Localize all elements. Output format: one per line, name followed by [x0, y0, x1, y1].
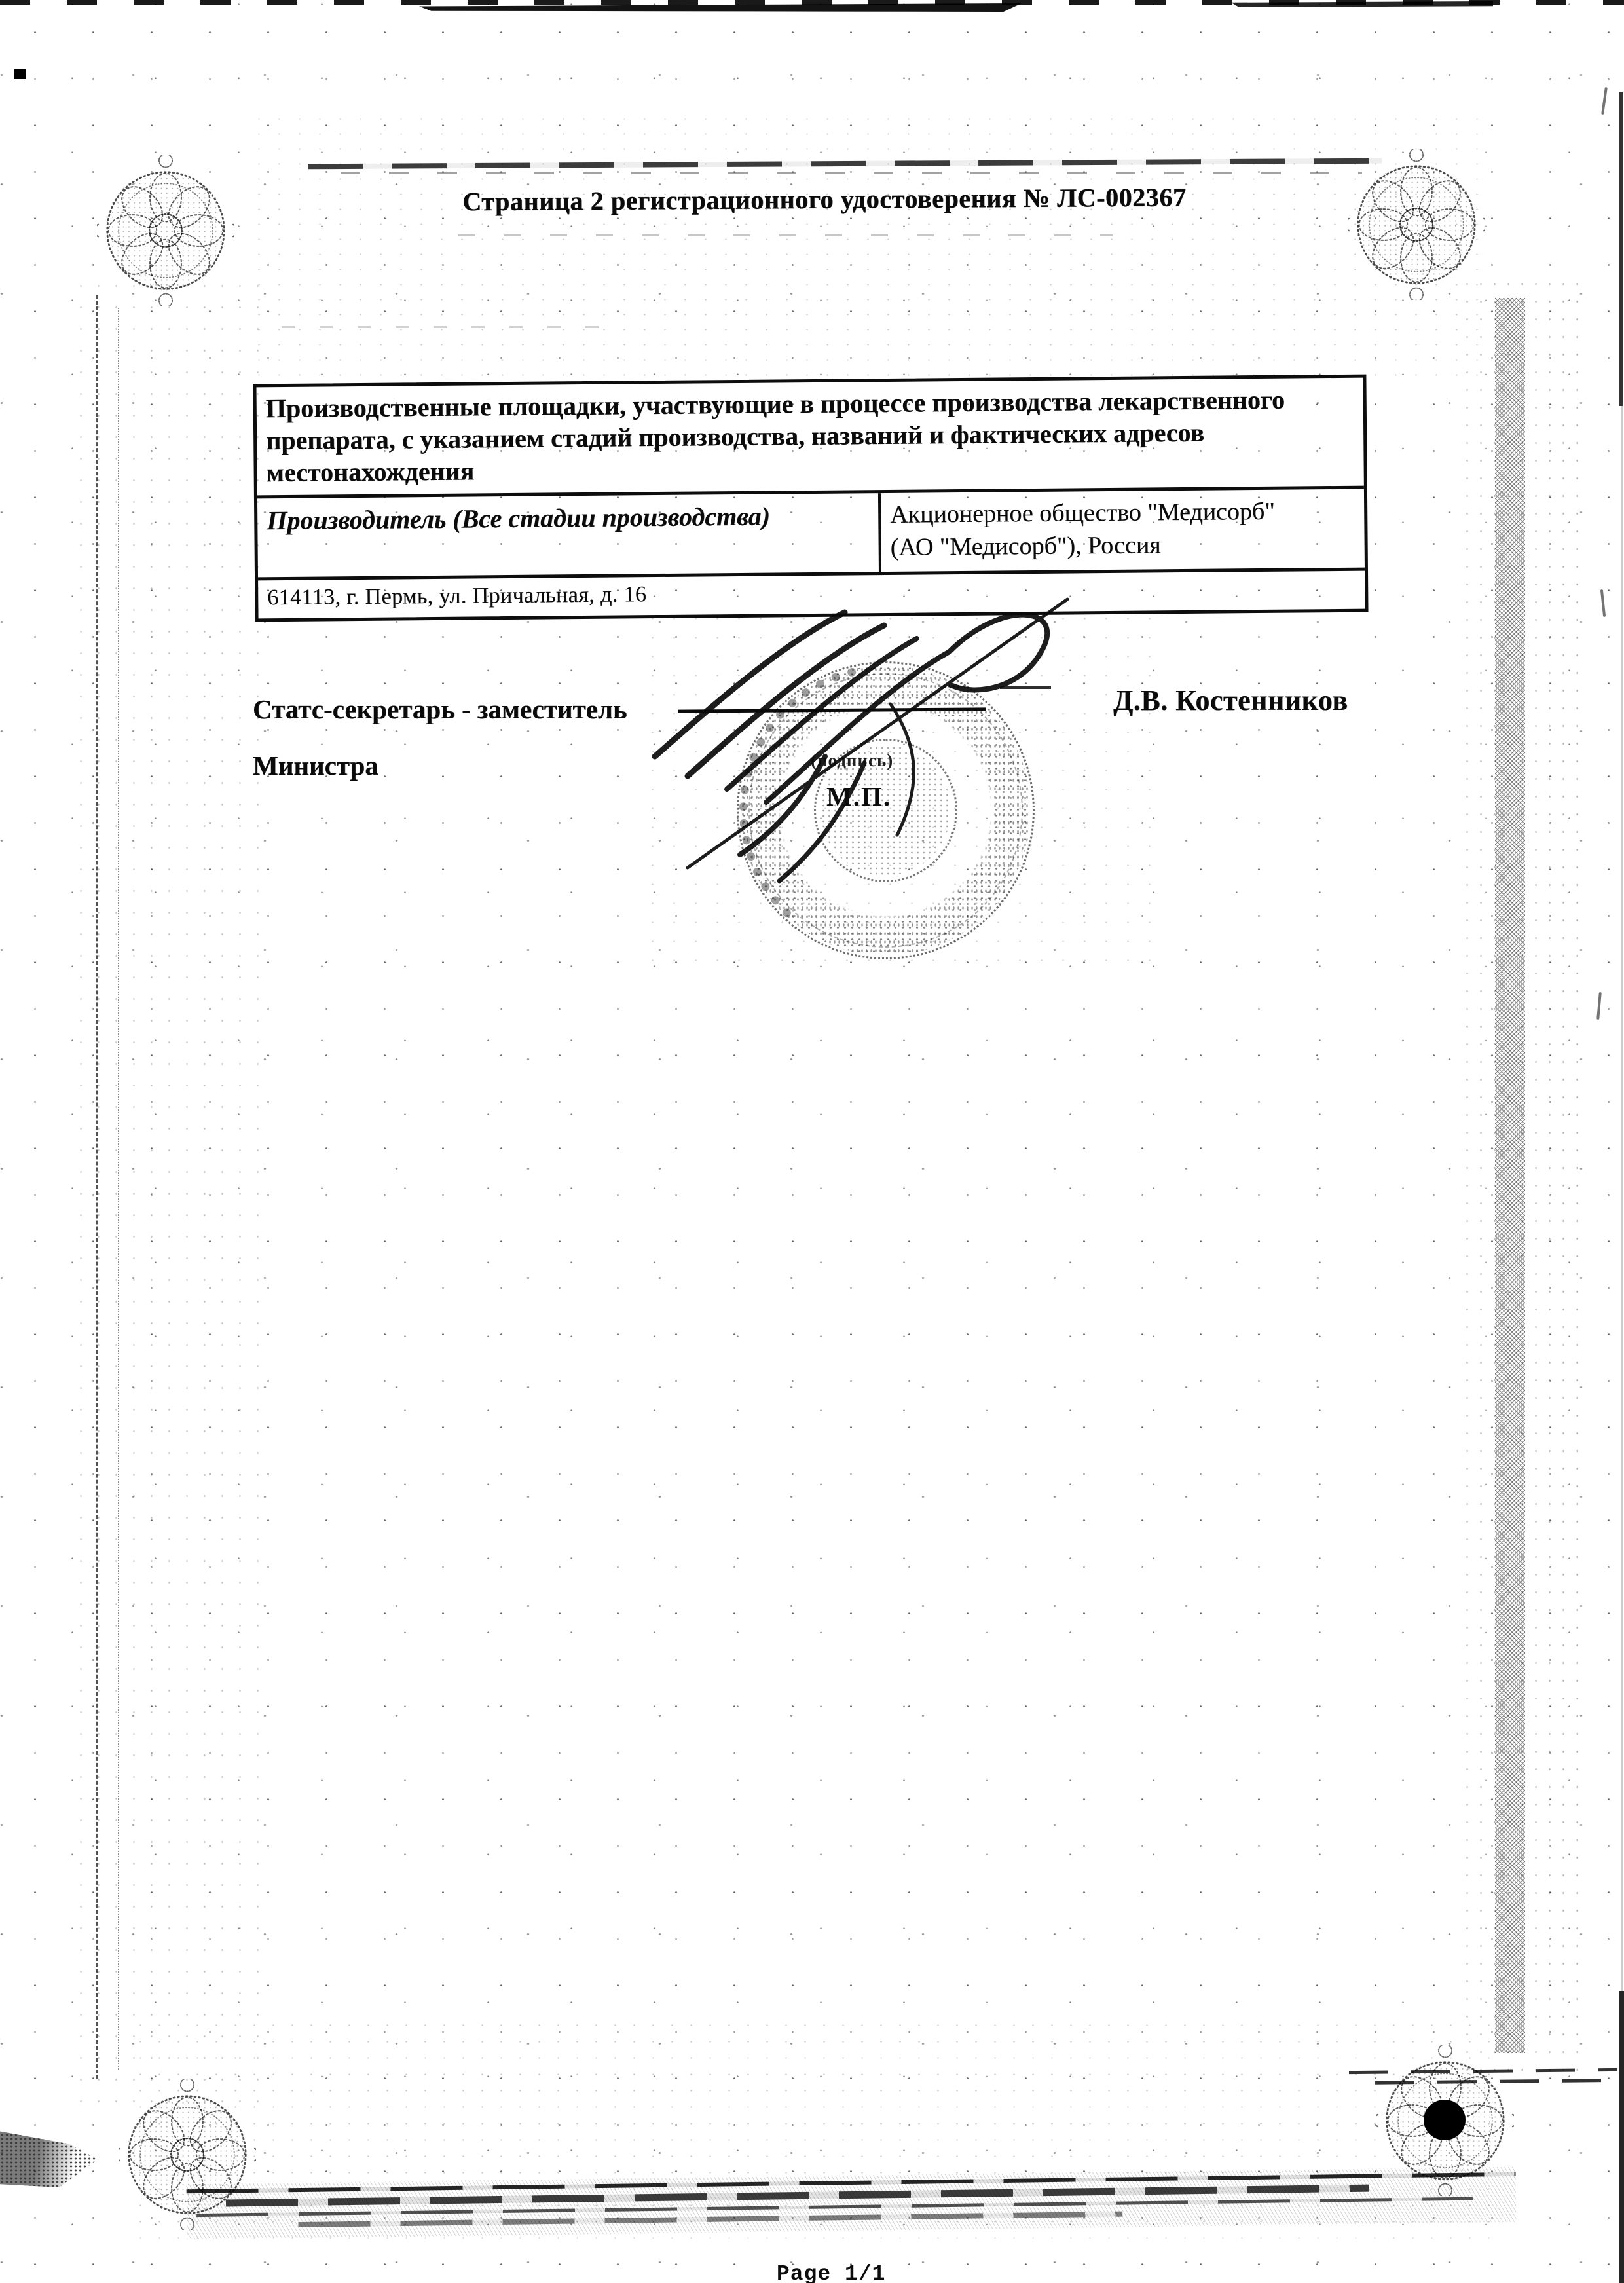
frame-border-top — [308, 158, 1382, 170]
scan-noise-left — [72, 275, 268, 2109]
scanned-certificate-page: Страница 2 регистрационного удостоверени… — [0, 0, 1624, 2283]
scan-artifact-tick-1 — [1601, 87, 1608, 115]
producer-value-line: (АО "Медисорб"), Россия — [890, 527, 1356, 564]
dash-line — [1349, 2068, 1617, 2074]
frame-border-bottom — [187, 2167, 1517, 2240]
signature-caption: (подпись) — [811, 751, 893, 771]
signer-position-line: Статс-секретарь - заместитель — [253, 681, 672, 737]
dash-line — [1375, 2079, 1612, 2085]
scan-artifact-square — [14, 69, 26, 79]
scan-noise-top — [249, 111, 1493, 386]
page-number: Page 1/1 — [777, 2262, 885, 2283]
stamp-place-caption: М.П. — [826, 781, 891, 812]
scan-artifact-smudge — [0, 2125, 98, 2187]
frame-border-top-inner — [341, 172, 1362, 174]
scan-artifact-tick-3 — [1596, 992, 1602, 1020]
scan-artifact-right-edge-top — [1619, 92, 1623, 406]
page-title: Страница 2 регистрационного удостоверени… — [0, 179, 1624, 219]
scan-artifact-tick-2 — [1600, 589, 1606, 617]
frame-border-bottom-right-dashes — [1349, 2068, 1617, 2088]
signer-position-line: Министра — [253, 737, 672, 794]
corner-rosette-top-left — [97, 155, 234, 306]
frame-border-bottom-hatch — [187, 2167, 1517, 2240]
producer-value-line: Акционерное общество "Медисорб" — [890, 494, 1356, 531]
producer-value-cell: Акционерное общество "Медисорб" (АО "Мед… — [881, 489, 1365, 572]
frame-border-left — [96, 295, 98, 2079]
scan-artifact-echo-line-1 — [458, 234, 1113, 236]
frame-border-left-inner — [118, 308, 119, 2070]
signer-position: Статс-секретарь - заместитель Министра — [253, 681, 672, 794]
production-sites-table: Производственные площадки, участвующие в… — [253, 375, 1368, 622]
producer-label-cell: Производитель (Все стадии производства) — [257, 493, 881, 577]
signer-name: Д.В. Костенников — [1113, 684, 1348, 717]
handwritten-signature — [609, 586, 1113, 894]
signature-dash — [1000, 686, 1051, 689]
scan-noise — [0, 0, 1624, 2283]
corner-rosette-black-dot — [1424, 2100, 1466, 2140]
table-row: Производитель (Все стадии производства) … — [257, 489, 1365, 581]
table-header-cell: Производственные площадки, участвующие в… — [256, 378, 1363, 499]
scan-artifact-right-edge-bottom — [1619, 1991, 1624, 2283]
scan-artifact-echo-line-2 — [282, 326, 622, 328]
signature-line — [678, 707, 986, 713]
frame-border-right — [1495, 298, 1525, 2053]
corner-rosette-top-right — [1348, 149, 1485, 300]
scan-noise-stamp-zone — [642, 609, 1166, 976]
scan-artifact-right-edge-faint — [1621, 406, 1623, 1991]
